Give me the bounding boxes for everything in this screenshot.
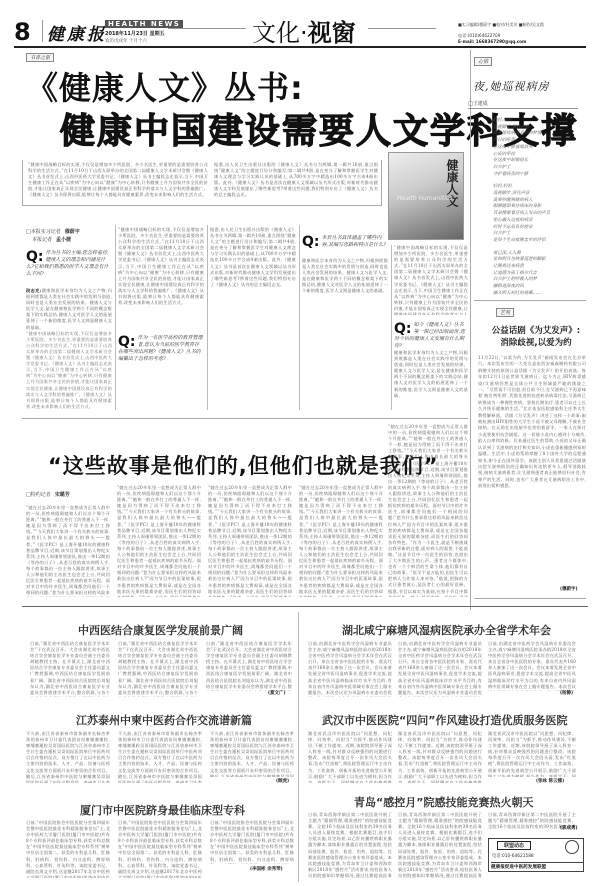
sidebar-column-tag: 心情 bbox=[474, 57, 492, 66]
byline-name: 穆蔚宇 bbox=[65, 229, 80, 235]
news-body: 日前,青岛西海岸新区第二中医医院开展了主题为“精细管理,精准感控”的院感技能竞赛… bbox=[398, 812, 482, 878]
news-headline: 厦门市中医院跻身最佳临床型专科 bbox=[80, 802, 245, 818]
news-headline: 青岛“感控月”院感技能竞赛热火朝天 bbox=[354, 794, 533, 810]
news-body: 日前,青岛西海岸新区第二中医医院开展了主题为“精细管理,精准感控”的院感技能竞赛… bbox=[308, 812, 392, 878]
question-3: Q:本套丛书具体涵盖了哪些内容,其编写思路和特点是什么? bbox=[302, 235, 388, 249]
news-body: 湖北省武汉市中医医院以“问思想、问纪律、问效率、问担当”为抓手,推动作风建设,不… bbox=[308, 731, 392, 783]
news-body: 日前,由湖北省中医药学会风湿病专业委员会主办,咸宁麻塘风湿病医院承办的2018年… bbox=[398, 641, 482, 697]
byline-label: □本报实习记者 bbox=[26, 229, 61, 235]
header-rule-right bbox=[368, 28, 436, 29]
intro-text-left: “健康中国战略目标的实现,不仅仅是增加多少所医院、多少名医生,更重要的是需要培养… bbox=[28, 162, 208, 204]
drama-author: (穆蔚宇) bbox=[560, 586, 578, 592]
poem-stanza: 轻轻,轻轻巡视脚步,屏住声息莫要吵醒熟睡的病人眼睛随即看往病床的身影耳朵搜索着任… bbox=[493, 184, 588, 244]
section-divider bbox=[22, 418, 468, 419]
body-text: “健康中国战略目标的实现,不仅仅是增加多少所医院、多少名医生,更重要的是需要培养… bbox=[26, 331, 112, 410]
question-text: 本套丛书具体涵盖了哪些内容,其编写思路和特点是什么? bbox=[322, 235, 386, 248]
body-column-4: 健康和医学本身均为人文之产物,归根到底都是人类在社会实践中的发明与创造,同时也是… bbox=[302, 258, 388, 410]
newspaper-logo: 健康报 bbox=[47, 20, 107, 45]
body-column-5: “健康中国战略目标的实现,不仅仅是增加多少所医院、多少名医生,更重要的是需要培养… bbox=[394, 245, 468, 315]
story-col-3: “她在过去20多年里一直想成为正常人群中的一员,但疾病阻碍她和人们以这个那个开距… bbox=[208, 485, 292, 597]
drama-headline-line1: 公益话剧《为艾发声》: bbox=[492, 326, 580, 336]
drama-body: 11月22日,“以爱为约,为艾发声”新闻发布会在北京举行。本次发布会的一大亮点是… bbox=[478, 355, 586, 583]
header-rule-left bbox=[168, 28, 246, 29]
section-divider bbox=[22, 606, 588, 607]
page-number: 8 bbox=[14, 18, 31, 46]
body-column-2: “健康中国战略目标的实现,不仅仅是增加多少所医院、多少名医生,更重要的是需要培养… bbox=[118, 227, 204, 327]
drama-headline-line2: 消除歧视,以爱为约 bbox=[500, 338, 571, 348]
news-body: 不久前,由江苏省泰州市常务副市长杨杰率领的泰州市卫计委代表团访问柬埔寨暹粒,柬埔… bbox=[210, 731, 294, 777]
contact-email[interactable]: E-mail: 1668367290@qq.com bbox=[458, 39, 526, 44]
byline-name: 孟小捷 bbox=[56, 237, 71, 243]
column-rule bbox=[207, 225, 208, 410]
column-rule bbox=[298, 612, 299, 882]
union-news-box: 联盟动态 电话:010-64621588 健康报促进中医药发展联盟 bbox=[488, 838, 584, 872]
q-marker-icon: Q: bbox=[302, 235, 320, 249]
byline-2: 本报记者孟小捷 bbox=[32, 236, 71, 243]
story-col-4: “她在过去20多年里一直想成为正常人群中的一员,但疾病阻碍她和人们以这个那个开距… bbox=[299, 485, 383, 597]
news-author: (夏文广) bbox=[268, 690, 286, 696]
story-col-2: “她在过去20多年里一直想成为正常人群中的一员,但疾病阻碍她和人们以这个那个开距… bbox=[117, 485, 201, 597]
sidebar-divider bbox=[470, 50, 471, 610]
story-col-5: “她在过去20多年里一直想成为正常人群中的一员,但疾病阻碍她和人们以这个那个开距… bbox=[388, 424, 468, 597]
answer-speaker: 段志光: bbox=[26, 288, 42, 293]
poem-title: 夜,她巡视病房 bbox=[473, 78, 550, 94]
drama-headline: 公益话剧《为艾发声》:消除歧视,以爱为约 bbox=[474, 325, 598, 349]
column-rule bbox=[299, 225, 300, 410]
poem-author: □王建成 bbox=[468, 100, 578, 109]
news-body: 日前,由湖北省中医药学会风湿病专业委员会主办,咸宁麻塘风湿病医院承办的2018年… bbox=[488, 641, 576, 691]
news-body: 不久前,由江苏省泰州市常务副市长杨杰率领的泰州市卫计委代表团访问柬埔寨暹粒,柬埔… bbox=[118, 731, 202, 783]
news-headline: 湖北咸宁麻塘风湿病医院承办全省学术年会 bbox=[342, 622, 551, 638]
news-body: 日前,“中国医院协会中医医院分会第四届年会暨中医医院最佳专科精准服务论坛”上,北… bbox=[210, 820, 294, 864]
news-body: 湖北省武汉市中医医院以“问思想、问纪律、问效率、问担当”为抓手,推动作风建设,不… bbox=[398, 731, 482, 783]
body-column-3: 据悉,由人民卫生出版社出版的《健康人文》丛书分为两辑,第一辑共16册,重点围绕“… bbox=[210, 227, 296, 410]
byline-name: 宋璐芳 bbox=[55, 492, 70, 498]
news-body: 日前,“湖北省中西医结合康复医学学术年会”于在武汉召开。大会由湖北省中西医结合学… bbox=[30, 641, 110, 697]
news-body: 日前,“中国医院协会中医医院分会第四届年会暨中医医院最佳专科精准服务论坛”上,北… bbox=[26, 820, 110, 878]
masthead-divider bbox=[42, 20, 43, 42]
main-headline-line1: 《健康人文》丛书: bbox=[26, 63, 304, 109]
news-body: 不久前,由江苏省泰州市常务副市长杨杰率领的泰州市卫计委代表团访问柬埔寨暹粒,柬埔… bbox=[26, 731, 110, 783]
sidebar-rule bbox=[474, 300, 586, 301]
question-2: Q:作为一名医学高校的教育管理者,您认为当前的医学教育存在哪些突出问题?《健康人… bbox=[118, 335, 204, 363]
q-marker-icon: Q: bbox=[394, 322, 412, 336]
issue-date: 2018年11月23日 星期五 bbox=[105, 30, 165, 37]
news-body: 日前,“中国医院协会中医医院分会第四届年会暨中医医院最佳专科精准服务论坛”上,北… bbox=[118, 820, 202, 878]
union-emblem-icon bbox=[565, 840, 579, 854]
section-title-separator: · bbox=[300, 19, 308, 47]
news-author: (李国彬 余秀琴) bbox=[250, 866, 283, 872]
union-name: 健康报促进中医药发展联盟 bbox=[491, 862, 583, 870]
sidebar-rule bbox=[474, 598, 586, 599]
byline-label: □特约记者 bbox=[26, 492, 51, 498]
english-name-badge: HEALTH NEWS bbox=[105, 20, 183, 28]
byline-label: 本报记者 bbox=[32, 237, 52, 243]
news-body: 日前,“湖北省中西医结合康复医学学术年会”于在武汉召开。大会由湖北省中西医结合学… bbox=[206, 641, 292, 691]
news-headline: 江苏泰州中柬中医药合作交流谱新篇 bbox=[76, 712, 252, 728]
union-label: 联盟动态 bbox=[497, 841, 531, 850]
book-cover-image: 健康人文 Health Humanities bbox=[388, 152, 464, 240]
book-cover-subtitle: Health Humanities bbox=[397, 195, 453, 202]
masthead-rule bbox=[14, 46, 586, 48]
answer-text: 健康和医学本身均为人文之产物,归根到底都是人类在社会实践中的发明与创造,同时也是… bbox=[26, 288, 112, 330]
section-title-part1: 文化 bbox=[252, 19, 300, 47]
news-body: 日前,由湖北省中医药学会风湿病专业委员会主办,咸宁麻塘风湿病医院承办的2018年… bbox=[308, 641, 392, 697]
column-rule bbox=[115, 225, 116, 410]
news-body: 湖北省武汉市中医医院以“问思想、问纪律、问效率、问担当”为抓手,推动作风建设,不… bbox=[488, 731, 576, 777]
column-rule bbox=[391, 245, 392, 410]
news-author: (杨静) bbox=[560, 690, 573, 696]
answer-1: 段志光:健康和医学本身均为人文之产物,归根到底都是人类在社会实践中的发明与创造,… bbox=[26, 288, 112, 410]
news-author: (张咏 陈云娜) bbox=[536, 778, 564, 784]
news-author: (顾虎) bbox=[276, 778, 289, 784]
byline-1: □本报实习记者穆蔚宇 bbox=[26, 228, 80, 235]
story-headline: “这些故事是他们的,但他们也就是我们” bbox=[48, 450, 439, 480]
intro-text-right: 据悉,由人民卫生出版社出版的《健康人文》丛书分为两辑,第一辑共16册,重点围绕“… bbox=[214, 162, 378, 204]
news-body: 日前,“湖北省中西医结合康复医学学术年会”于在武汉召开。大会由湖北省中西医结合学… bbox=[118, 641, 198, 697]
union-phone: 电话:010-64621588 bbox=[492, 853, 534, 859]
story-col-1: “她在过去20多年里一直想成为正常人群中的一员,但疾病阻碍她和人们以这个那个开距… bbox=[26, 505, 110, 597]
news-headline: 中西医结合康复医学发展前景广阔 bbox=[78, 622, 243, 638]
question-4: Q:如今《健康人文》丛书第一辑已经出版面世,您对今后的健康人文发展有什么期待? bbox=[394, 322, 468, 350]
section-title: 文化·视窗 bbox=[252, 13, 356, 48]
body-column-5b: 健康和医学本身均为人文之产物,归根到底都是人类在社会实践中的发明与创造,同时也是… bbox=[394, 350, 468, 410]
lunar-date: 农历戊戌年 十月十六 bbox=[105, 38, 147, 44]
poem-body: 轻轻,轻轻巡视脚步,屏住声息莫要惊扰病员美好的梦境白日的喧嚣在这夜中静谧地消失心… bbox=[493, 118, 588, 304]
drama-column-tag: 艺苑 bbox=[496, 308, 514, 317]
q-marker-icon: Q: bbox=[118, 335, 136, 349]
q-marker-icon: Q: bbox=[26, 250, 44, 264]
poem-stanza: 轻轻,轻轻巡视脚步,屏住声息莫要惊扰病员美好的梦境白日的喧嚣在这夜中静谧地消失心… bbox=[493, 118, 588, 178]
news-author: (郭成勇) bbox=[560, 825, 578, 831]
story-byline: □特约记者宋璐芳 bbox=[26, 491, 70, 498]
poem-stanza: 夜已深,人入静星和明月也映着巡逻的脚影让晚香送来病患让道德为南丁格尔代言白衣护士… bbox=[493, 251, 588, 298]
column-tag: 书香之旅 bbox=[26, 53, 54, 62]
editor-credits: ■实习编辑/穆蔚宇 ■校对/杜美芳 ■制作/吴文霞 bbox=[458, 22, 544, 28]
news-headline: 武汉市中医医院“四问”作风建设打造优质服务医院 bbox=[322, 712, 567, 728]
section-title-part2: 视窗 bbox=[308, 19, 356, 47]
question-1: Q:作为丛书的主编,您怎样看待,健康人文的理念和内涵是什么?它和我们熟悉的医学人… bbox=[26, 250, 112, 278]
